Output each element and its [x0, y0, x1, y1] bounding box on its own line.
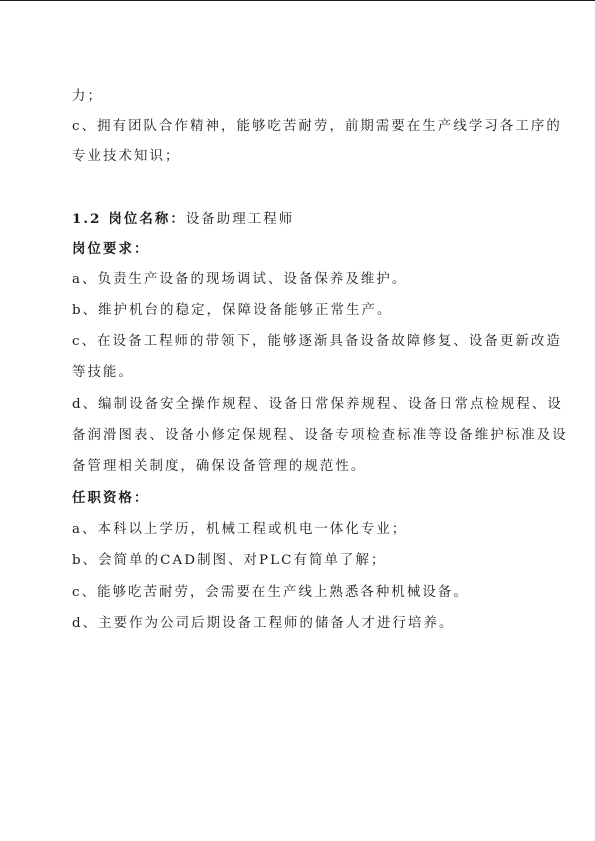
prior-item-c-text-2: 专业技术知识； — [72, 149, 180, 164]
item-text: 在设备工程师的带领下，能够逐渐具备设备故障修复、设备更新改造 — [97, 334, 562, 349]
item-text: 编制设备安全操作规程、设备日常保养规程、设备日常点检规程、设 — [98, 397, 563, 412]
requirements-title-text: 岗位要求： — [72, 241, 149, 257]
continuation-text: 力； — [72, 89, 103, 104]
prior-item-c-text-1: c、拥有团队合作精神，能够吃苦耐劳，前期需要在生产线学习各工序的 — [72, 119, 562, 134]
requirement-item-d-line1: d、编制设备安全操作规程、设备日常保养规程、设备日常点检规程、设 — [72, 396, 563, 414]
requirement-item-a: a、负责生产设备的现场调试、设备保养及维护。 — [72, 271, 407, 289]
item-text: 备管理相关制度，确保设备管理的规范性。 — [72, 459, 366, 474]
item-text: 会简单的CAD制图、对PLC有简单了解； — [98, 553, 386, 568]
qualification-item-b: b、会简单的CAD制图、对PLC有简单了解； — [72, 552, 386, 570]
prior-item-c-line2: 专业技术知识； — [72, 148, 180, 166]
qualification-item-d: d、主要作为公司后期设备工程师的储备人才进行培养。 — [72, 615, 454, 633]
item-text: 本科以上学历，机械工程或机电一体化专业； — [98, 522, 408, 537]
section-heading: 1.2 岗位名称：设备助理工程师 — [72, 210, 294, 229]
item-marker: b、 — [72, 303, 98, 318]
continuation-line: 力； — [72, 88, 103, 106]
requirement-item-c-line1: c、在设备工程师的带领下，能够逐渐具备设备故障修复、设备更新改造 — [72, 333, 562, 351]
prior-item-c-line1: c、拥有团队合作精神，能够吃苦耐劳，前期需要在生产线学习各工序的 — [72, 118, 562, 136]
item-text: 等技能。 — [72, 365, 134, 380]
section-heading-label: 1.2 岗位名称： — [72, 211, 186, 227]
requirement-item-d-line2: 备润滑图表、设备小修定保规程、设备专项检查标准等设备维护标准及设 — [72, 427, 568, 445]
qualification-item-c: c、能够吃苦耐劳，会需要在生产线上熟悉各种机械设备。 — [72, 584, 469, 602]
section-heading-value: 设备助理工程师 — [186, 212, 294, 227]
item-marker: c、 — [72, 585, 97, 600]
item-marker: a、 — [72, 522, 98, 537]
item-marker: a、 — [72, 272, 98, 287]
item-text: 维护机台的稳定，保障设备能够正常生产。 — [98, 303, 392, 318]
qualification-item-a: a、本科以上学历，机械工程或机电一体化专业； — [72, 521, 407, 539]
item-text: 备润滑图表、设备小修定保规程、设备专项检查标准等设备维护标准及设 — [72, 428, 568, 443]
requirement-item-c-line2: 等技能。 — [72, 364, 134, 382]
item-marker: c、 — [72, 334, 97, 349]
item-text: 主要作为公司后期设备工程师的储备人才进行培养。 — [98, 616, 454, 631]
qualifications-title: 任职资格： — [72, 489, 149, 507]
item-text: 负责生产设备的现场调试、设备保养及维护。 — [98, 272, 408, 287]
requirements-title: 岗位要求： — [72, 240, 149, 258]
item-marker: b、 — [72, 553, 98, 568]
item-marker: d、 — [72, 616, 98, 631]
page-top-border — [0, 0, 595, 1]
qualifications-title-text: 任职资格： — [72, 490, 149, 506]
item-marker: d、 — [72, 397, 98, 412]
requirement-item-b: b、维护机台的稳定，保障设备能够正常生产。 — [72, 302, 393, 320]
item-text: 能够吃苦耐劳，会需要在生产线上熟悉各种机械设备。 — [97, 585, 469, 600]
requirement-item-d-line3: 备管理相关制度，确保设备管理的规范性。 — [72, 458, 366, 476]
